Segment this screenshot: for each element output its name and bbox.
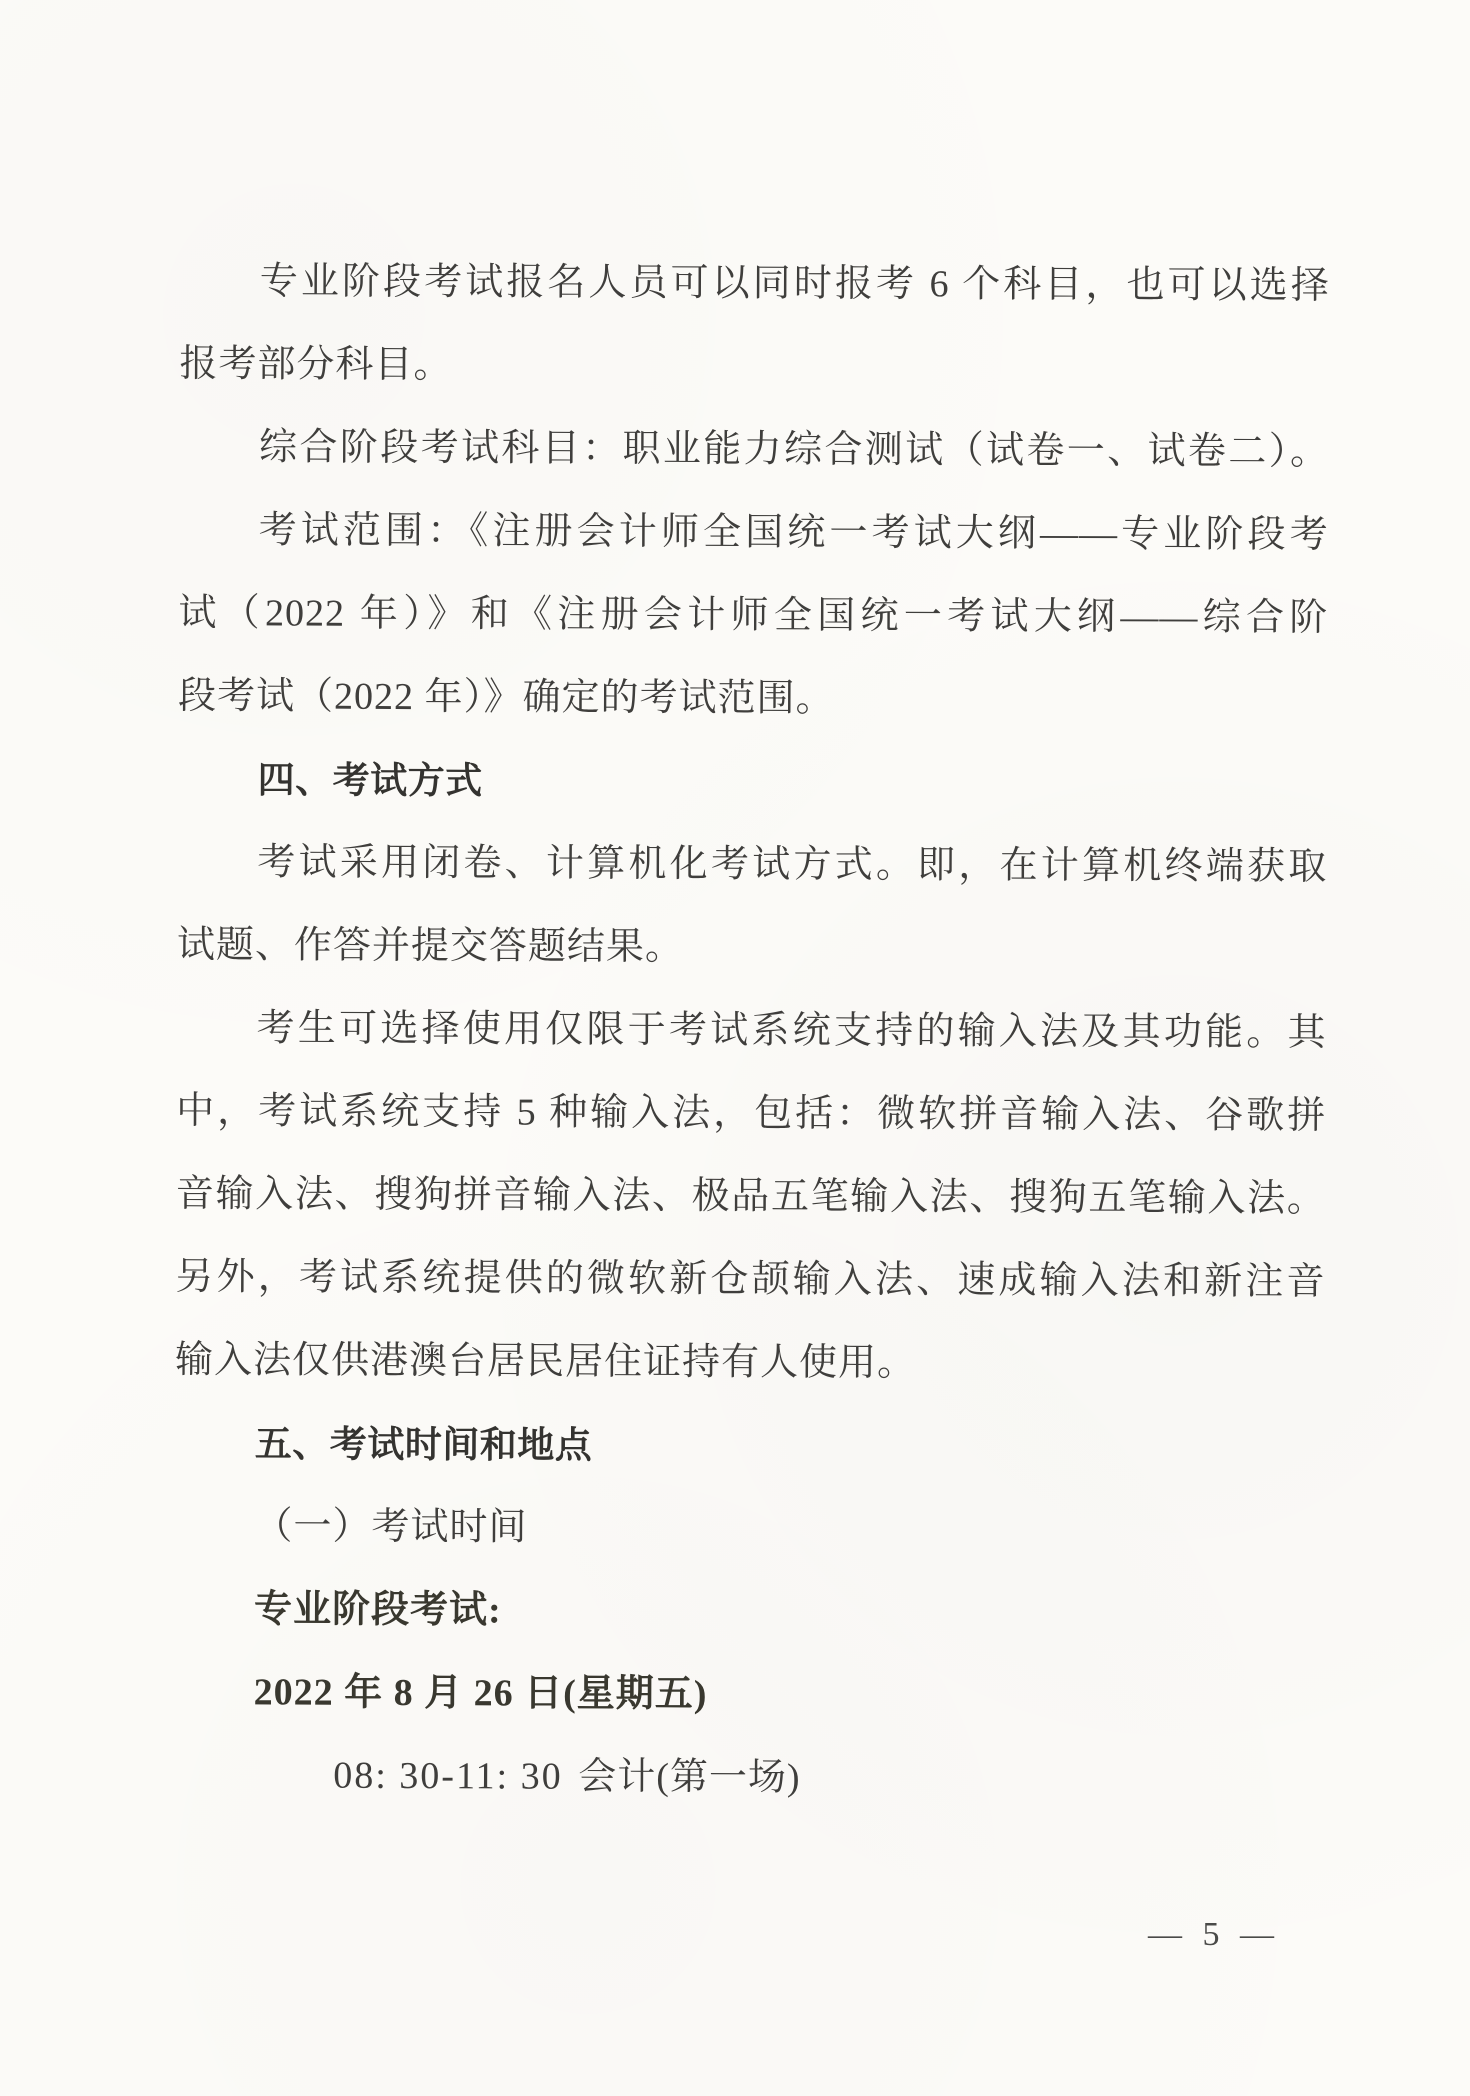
- paragraph-line: 报考部分科目。: [179, 323, 1329, 411]
- section-heading-exam-time-place: 五、考试时间和地点: [175, 1402, 1325, 1490]
- paragraph-line: 音输入法、搜狗拼音输入法、极品五笔输入法、搜狗五笔输入法。: [176, 1153, 1326, 1241]
- paragraph-line: 专业阶段考试报名人员可以同时报考 6 个科目，也可以选择: [180, 240, 1330, 328]
- document-body: 专业阶段考试报名人员可以同时报考 6 个科目，也可以选择 报考部分科目。 综合阶…: [173, 240, 1330, 1822]
- paragraph-line: 考试范围：《注册会计师全国统一考试大纲——专业阶段考: [179, 489, 1329, 577]
- subsection-heading-exam-time: （一）考试时间: [174, 1485, 1324, 1573]
- page-number: — 5 —: [1148, 1916, 1280, 1954]
- paragraph-line: 综合阶段考试科目：职业能力综合测试（试卷一、试卷二）。: [179, 406, 1329, 494]
- label-professional-stage-exam: 专业阶段考试:: [174, 1568, 1324, 1656]
- section-heading-exam-method: 四、考试方式: [177, 738, 1327, 826]
- exam-date-line: 2022 年 8 月 26 日(星期五): [173, 1651, 1323, 1739]
- paragraph-line: 考生可选择使用仅限于考试系统支持的输入法及其功能。其: [176, 987, 1326, 1075]
- exam-time-range: 08: 30-11: 30: [253, 1734, 578, 1818]
- paragraph-line: 输入法仅供港澳台居民居住证持有人使用。: [175, 1319, 1325, 1407]
- paragraph-line: 试题、作答并提交答题结果。: [177, 904, 1327, 992]
- paragraph-line: 另外，考试系统提供的微软新仓颉输入法、速成输入法和新注音: [175, 1236, 1325, 1324]
- paragraph-line: 试（2022 年）》和《注册会计师全国统一考试大纲——综合阶: [178, 572, 1328, 660]
- paragraph-line: 中，考试系统支持 5 种输入法，包括：微软拼音输入法、谷歌拼: [176, 1070, 1326, 1158]
- paragraph-line: 段考试（2022 年）》确定的考试范围。: [178, 655, 1328, 743]
- paragraph-line: 考试采用闭卷、计算机化考试方式。即，在计算机终端获取: [177, 821, 1327, 909]
- exam-subject: 会计(第一场): [578, 1756, 800, 1799]
- exam-schedule-row: 08: 30-11: 30会计(第一场): [173, 1734, 1323, 1822]
